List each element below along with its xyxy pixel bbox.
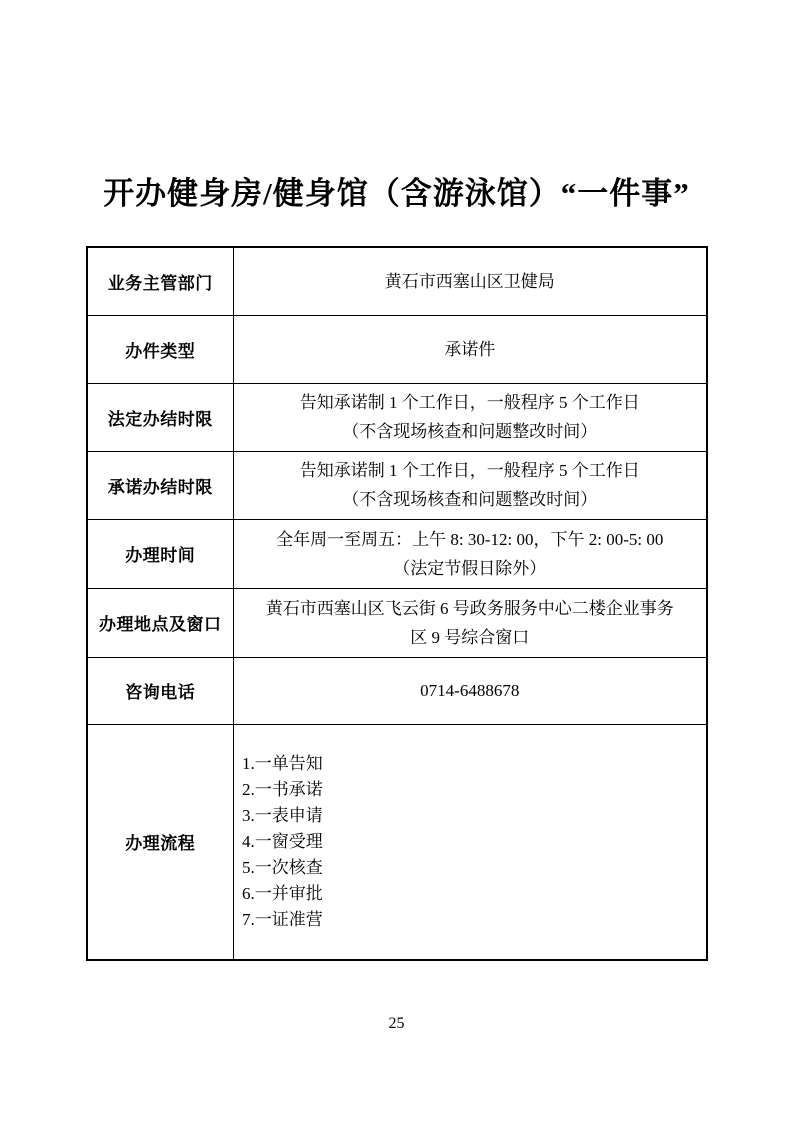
table-row-promised-time-limit: 承诺办结时限 告知承诺制 1 个工作日，一般程序 5 个工作日 （不含现场核查和…	[87, 451, 707, 519]
row-value-line: 黄石市西塞山区卫健局	[234, 267, 706, 296]
row-value-line: 告知承诺制 1 个工作日，一般程序 5 个工作日	[234, 388, 706, 417]
row-label: 办件类型	[87, 315, 234, 383]
flow-step: 7.一证准营	[242, 907, 706, 933]
row-label: 办理流程	[87, 724, 234, 960]
page-number: 25	[0, 1015, 793, 1033]
row-label: 办理时间	[87, 519, 234, 588]
flow-step: 6.一并审批	[242, 881, 706, 907]
table-row-phone: 咨询电话 0714-6488678	[87, 657, 707, 724]
row-value-line: （法定节假日除外）	[234, 554, 706, 583]
row-value: 1.一单告知 2.一书承诺 3.一表申请 4.一窗受理 5.一次核查 6.一并审…	[234, 724, 707, 960]
table-row-item-type: 办件类型 承诺件	[87, 315, 707, 383]
flow-step: 1.一单告知	[242, 751, 706, 777]
table-row-office-hours: 办理时间 全年周一至周五：上午 8: 30-12: 00，下午 2: 00-5:…	[87, 519, 707, 588]
phone-number: 0714-6488678	[234, 676, 706, 705]
row-value: 黄石市西塞山区卫健局	[234, 247, 707, 315]
table-row-statutory-time-limit: 法定办结时限 告知承诺制 1 个工作日，一般程序 5 个工作日 （不含现场核查和…	[87, 383, 707, 451]
row-label: 承诺办结时限	[87, 451, 234, 519]
table-row-location-window: 办理地点及窗口 黄石市西塞山区飞云街 6 号政务服务中心二楼企业事务 区 9 号…	[87, 588, 707, 657]
flow-step: 2.一书承诺	[242, 777, 706, 803]
row-value: 全年周一至周五：上午 8: 30-12: 00，下午 2: 00-5: 00 （…	[234, 519, 707, 588]
row-label: 咨询电话	[87, 657, 234, 724]
page-title: 开办健身房/健身馆（含游泳馆）“一件事”	[0, 0, 793, 214]
row-value: 0714-6488678	[234, 657, 707, 724]
table-row-process: 办理流程 1.一单告知 2.一书承诺 3.一表申请 4.一窗受理 5.一次核查 …	[87, 724, 707, 960]
flow-step: 4.一窗受理	[242, 829, 706, 855]
row-label: 业务主管部门	[87, 247, 234, 315]
document-page: 开办健身房/健身馆（含游泳馆）“一件事” 业务主管部门 黄石市西塞山区卫健局 办…	[0, 0, 793, 1033]
row-value-line: （不含现场核查和问题整改时间）	[234, 485, 706, 514]
row-value-line: 黄石市西塞山区飞云街 6 号政务服务中心二楼企业事务	[234, 594, 706, 623]
row-value: 承诺件	[234, 315, 707, 383]
flow-step: 3.一表申请	[242, 803, 706, 829]
info-table: 业务主管部门 黄石市西塞山区卫健局 办件类型 承诺件 法定办结时限 告知承诺制 …	[86, 246, 708, 961]
table-row-department: 业务主管部门 黄石市西塞山区卫健局	[87, 247, 707, 315]
row-value-line: 全年周一至周五：上午 8: 30-12: 00，下午 2: 00-5: 00	[234, 525, 706, 554]
row-label: 办理地点及窗口	[87, 588, 234, 657]
row-label: 法定办结时限	[87, 383, 234, 451]
row-value-line: 区 9 号综合窗口	[234, 623, 706, 652]
row-value: 告知承诺制 1 个工作日，一般程序 5 个工作日 （不含现场核查和问题整改时间）	[234, 451, 707, 519]
row-value-line: （不含现场核查和问题整改时间）	[234, 417, 706, 446]
flow-step: 5.一次核查	[242, 855, 706, 881]
row-value-line: 告知承诺制 1 个工作日，一般程序 5 个工作日	[234, 456, 706, 485]
row-value: 黄石市西塞山区飞云街 6 号政务服务中心二楼企业事务 区 9 号综合窗口	[234, 588, 707, 657]
row-value-line: 承诺件	[234, 335, 706, 364]
row-value: 告知承诺制 1 个工作日，一般程序 5 个工作日 （不含现场核查和问题整改时间）	[234, 383, 707, 451]
